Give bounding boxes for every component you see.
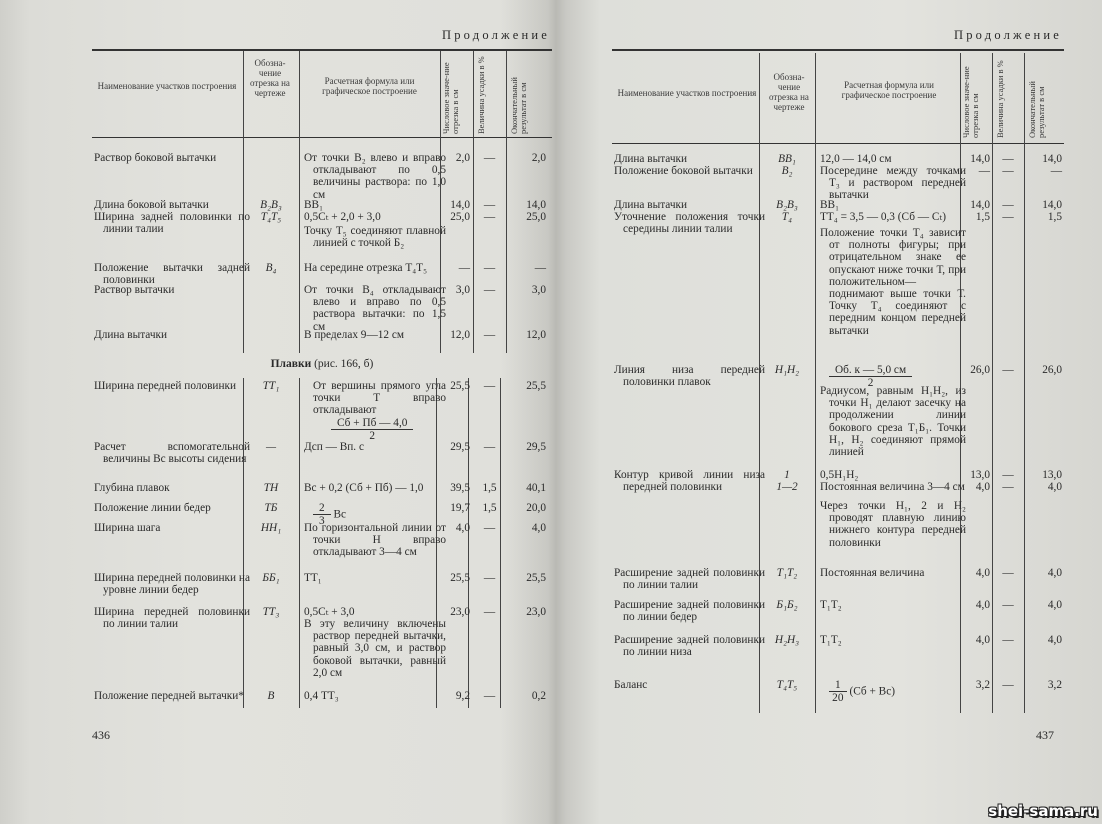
cell-formula: ВВ₁ <box>304 199 446 211</box>
col-divider <box>299 51 300 353</box>
header-value: Числовое значе-ние отрезка в см <box>442 56 472 134</box>
cell-name: Положение вытачки задней половинки <box>94 262 250 286</box>
cell-result: 20,0 <box>506 502 546 514</box>
cell-shrink: — <box>992 599 1024 611</box>
col-divider <box>243 378 244 708</box>
cell-shrink: — <box>473 329 506 341</box>
cell-shrink: — <box>473 522 506 534</box>
cell-formula: 120 (Сб + Вс) <box>820 679 966 704</box>
cell-formula: По горизонтальной линии от точки Н вправ… <box>304 522 446 559</box>
cell-name: Контур кривой линии низа передней полови… <box>614 469 765 493</box>
header-bottom-rule <box>92 137 552 138</box>
cell-code: В <box>244 690 298 702</box>
cell-result: 2,0 <box>506 152 546 164</box>
cell-shrink: — <box>473 441 506 453</box>
cell-formula: От точки В₂ влево и вправо откладывают п… <box>304 152 446 201</box>
cell-name: Расширение задней половинки по линии бед… <box>614 599 765 623</box>
cell-shrink: — <box>992 165 1024 177</box>
section-heading: Плавки (рис. 166, б) <box>92 358 552 370</box>
cell-name: Длина вытачки <box>614 153 765 165</box>
col-divider <box>468 378 469 708</box>
cell-value: 4,0 <box>960 634 990 646</box>
cell-code: В₂В₃ <box>760 199 814 211</box>
cell-shrink: — <box>473 199 506 211</box>
cell-name: Расчет вспомогательной величины Вс высот… <box>94 441 250 465</box>
cell-result: 13,0 <box>1024 469 1062 481</box>
watermark: shei-sama.ru <box>988 802 1098 820</box>
col-divider <box>299 378 300 708</box>
cell-code: Т₁Т₂ <box>760 567 814 579</box>
cell-result: 23,0 <box>506 606 546 618</box>
cell-result: 14,0 <box>1024 153 1062 165</box>
cell-value: 14,0 <box>960 199 990 211</box>
cell-result: — <box>1024 165 1062 177</box>
cell-value: 14,0 <box>440 199 470 211</box>
cell-result: 25,0 <box>506 211 546 223</box>
cell-code: Т₄Т₅ <box>760 679 814 691</box>
cell-code: ТБ <box>244 502 298 514</box>
cell-formula: ТТ₄ = 3,5 — 0,3 (Сб — Сₜ) <box>820 211 966 223</box>
cell-value: 3,0 <box>440 284 470 296</box>
cell-value: 25,5 <box>440 572 470 584</box>
cell-code: 1—2 <box>760 481 814 493</box>
col-divider <box>500 378 501 708</box>
cell-formula: Через точки Н₁, 2 и Н₂ проводят плавную … <box>820 500 966 549</box>
cell-result: 0,2 <box>506 690 546 702</box>
page-436: Продолжение Наименование участков постро… <box>92 0 552 824</box>
col-divider <box>1024 53 1025 713</box>
header-bottom-rule <box>612 143 1064 144</box>
cell-formula: ТТ₁ <box>304 572 446 584</box>
cell-shrink: — <box>992 211 1024 223</box>
cell-code: ВВ₁ <box>760 153 814 165</box>
cell-value: 25,5 <box>440 380 470 392</box>
cell-value: 23,0 <box>440 606 470 618</box>
cell-value: 4,0 <box>440 522 470 534</box>
cell-result: 4,0 <box>1024 634 1062 646</box>
section-title: Плавки <box>271 358 312 370</box>
cell-shrink: — <box>992 364 1024 376</box>
cell-code: ТТ₁ <box>244 380 298 392</box>
cell-code: Н₁Н₂ <box>760 364 814 376</box>
cell-shrink: — <box>992 153 1024 165</box>
cell-name: Глубина плавок <box>94 482 250 494</box>
cell-formula: В эту величину включены раствор передней… <box>304 618 446 679</box>
header-code: Обозна-чение отрезка на чертеже <box>764 72 814 112</box>
page-437: Продолжение Наименование участков постро… <box>612 0 1064 824</box>
cell-formula: Постоянная величина <box>820 567 966 579</box>
cell-result: 4,0 <box>1024 599 1062 611</box>
cell-result: 3,2 <box>1024 679 1062 691</box>
cell-value: 4,0 <box>960 599 990 611</box>
cell-value: 12,0 <box>440 329 470 341</box>
cell-formula: 0,5Сₜ + 2,0 + 3,0 <box>304 211 446 223</box>
cell-value: 4,0 <box>960 567 990 579</box>
fraction: 120 <box>829 679 847 704</box>
cell-result: 14,0 <box>1024 199 1062 211</box>
cell-shrink: — <box>473 152 506 164</box>
cell-result: 25,5 <box>506 380 546 392</box>
cell-name: Ширина задней половинки по линии талии <box>94 211 250 235</box>
cell-value: 9,2 <box>440 690 470 702</box>
cell-name: Ширина передней половинки по линии талии <box>94 606 250 630</box>
cell-name: Длина вытачки <box>94 329 250 341</box>
cell-formula: Постоянная величина 3—4 см <box>820 481 966 493</box>
cell-name: Длина вытачки <box>614 199 765 211</box>
cell-value: 3,2 <box>960 679 990 691</box>
cell-code: Н₂Н₃ <box>760 634 814 646</box>
section-ref: (рис. 166, б) <box>314 358 373 370</box>
cell-formula: ВВ₁ <box>820 199 966 211</box>
cell-shrink: — <box>473 262 506 274</box>
header-name: Наименование участков построения <box>612 88 762 98</box>
cell-result: 12,0 <box>506 329 546 341</box>
cell-name: Расширение задней половинки по линии низ… <box>614 634 765 658</box>
cell-formula: В пределах 9—12 см <box>304 329 446 341</box>
cell-formula: Т₁Т₂ <box>820 599 966 611</box>
cell-name: Положение передней вытачки* <box>94 690 250 702</box>
cell-formula: Т₁Т₂ <box>820 634 966 646</box>
cell-name: Раствор боковой вытачки <box>94 152 250 164</box>
page-number: 437 <box>1036 728 1054 743</box>
cell-code: Т₄Т₅ <box>244 211 298 223</box>
continuation-label: Продолжение <box>442 28 550 43</box>
cell-value: 1,5 <box>960 211 990 223</box>
col-divider <box>992 53 993 713</box>
cell-value: 25,0 <box>440 211 470 223</box>
cell-code: Т₄ <box>760 211 814 223</box>
cell-name: Раствор вытачки <box>94 284 250 296</box>
cell-shrink: — <box>992 634 1024 646</box>
cell-code: Б₁Б₂ <box>760 599 814 611</box>
cell-result: 26,0 <box>1024 364 1062 376</box>
cell-shrink: — <box>992 679 1024 691</box>
cell-code: 1 <box>760 469 814 481</box>
header-code: Обозна-чение отрезка на чертеже <box>244 58 296 98</box>
cell-shrink: — <box>992 469 1024 481</box>
header-formula: Расчетная формула или графическое постро… <box>302 76 437 96</box>
table-top-rule <box>612 49 1064 51</box>
cell-code: НН₁ <box>244 522 298 534</box>
cell-code: — <box>244 441 298 453</box>
cell-value: 29,5 <box>440 441 470 453</box>
cell-name: Линия низа передней половинки плавок <box>614 364 765 388</box>
cell-shrink: 1,5 <box>473 482 506 494</box>
header-formula: Расчетная формула или графическое постро… <box>820 80 958 100</box>
page-number: 436 <box>92 728 110 743</box>
cell-code: ТТ₃ <box>244 606 298 618</box>
cell-result: — <box>506 262 546 274</box>
cell-shrink: — <box>473 606 506 618</box>
cell-shrink: — <box>473 690 506 702</box>
cell-value: 2,0 <box>440 152 470 164</box>
cell-value: — <box>440 262 470 274</box>
fraction: Сб + Пб — 4,02 <box>331 417 413 442</box>
cell-name: Баланс <box>614 679 765 691</box>
cell-shrink: — <box>992 481 1024 493</box>
cell-formula: Дсп — Вп. с <box>304 441 446 453</box>
cell-result: 14,0 <box>506 199 546 211</box>
continuation-label: Продолжение <box>954 28 1062 43</box>
header-shrink: Величина усадки в % <box>996 56 1024 138</box>
header-result: Окончательный результат в см <box>510 56 540 134</box>
cell-result: 4,0 <box>506 522 546 534</box>
cell-code: ББ₁ <box>244 572 298 584</box>
table-top-rule <box>92 49 552 51</box>
cell-formula: От точки В₄ откладывают влево и вправо п… <box>304 284 446 333</box>
col-divider <box>815 53 816 713</box>
cell-result: 4,0 <box>1024 481 1062 493</box>
cell-result: 40,1 <box>506 482 546 494</box>
book-spread: Продолжение Наименование участков постро… <box>0 0 1102 824</box>
cell-value: 26,0 <box>960 364 990 376</box>
cell-shrink: — <box>992 567 1024 579</box>
cell-formula: Вс + 0,2 (Сб + Пб) — 1,0 <box>304 482 446 494</box>
header-value: Числовое значе-ние отрезка в см <box>962 56 994 138</box>
cell-name: Положение боковой вытачки <box>614 165 765 177</box>
cell-formula: 0,4 ТТ₃ <box>304 690 446 702</box>
header-result: Окончательный результат в см <box>1028 56 1058 138</box>
cell-result: 3,0 <box>506 284 546 296</box>
cell-shrink: — <box>473 380 506 392</box>
cell-formula: Положение точки Т₄ зависит от полноты фи… <box>820 227 966 337</box>
cell-result: 29,5 <box>506 441 546 453</box>
cell-formula: 12,0 — 14,0 см <box>820 153 966 165</box>
cell-formula: От вершины прямого угла точки Т вправо о… <box>304 380 446 442</box>
cell-name: Положение линии бедер <box>94 502 250 514</box>
cell-formula: Точку Т₅ соединяют плавной линией с точк… <box>304 225 446 249</box>
cell-name: Уточнение положения точки середины линии… <box>614 211 765 235</box>
cell-formula: Радиусом, равным Н₁Н₂, из точки Н₁ делаю… <box>820 385 966 458</box>
cell-name: Ширина передней половинки <box>94 380 250 392</box>
cell-value: 19,7 <box>440 502 470 514</box>
cell-formula: Посередине между точками Т₃ и раствором … <box>820 165 966 202</box>
cell-shrink: — <box>473 284 506 296</box>
cell-result: 25,5 <box>506 572 546 584</box>
cell-formula: 0,5Сₜ + 3,0 <box>304 606 446 618</box>
cell-shrink: — <box>473 211 506 223</box>
cell-result: 4,0 <box>1024 567 1062 579</box>
cell-value: 4,0 <box>960 481 990 493</box>
cell-name: Расширение задней половинки по линии тал… <box>614 567 765 591</box>
cell-shrink: — <box>473 572 506 584</box>
cell-shrink: — <box>992 199 1024 211</box>
header-name: Наименование участков построения <box>92 81 242 91</box>
cell-formula: 0,5Н₁Н₂ <box>820 469 966 481</box>
cell-code: В₂ <box>760 165 814 177</box>
cell-name: Ширина передней половинки на уровне лини… <box>94 572 250 596</box>
cell-name: Длина боковой вытачки <box>94 199 250 211</box>
cell-value: 13,0 <box>960 469 990 481</box>
cell-value: 14,0 <box>960 153 990 165</box>
cell-formula: На середине отрезка Т₄Т₅ <box>304 262 446 274</box>
cell-name: Ширина шага <box>94 522 250 534</box>
cell-result: 1,5 <box>1024 211 1062 223</box>
header-shrink: Величина усадки в % <box>477 56 505 134</box>
cell-shrink: 1,5 <box>473 502 506 514</box>
cell-code: В₄ <box>244 262 298 274</box>
cell-value: 39,5 <box>440 482 470 494</box>
cell-code: ТН <box>244 482 298 494</box>
cell-code: В₂В₃ <box>244 199 298 211</box>
cell-value: — <box>960 165 990 177</box>
